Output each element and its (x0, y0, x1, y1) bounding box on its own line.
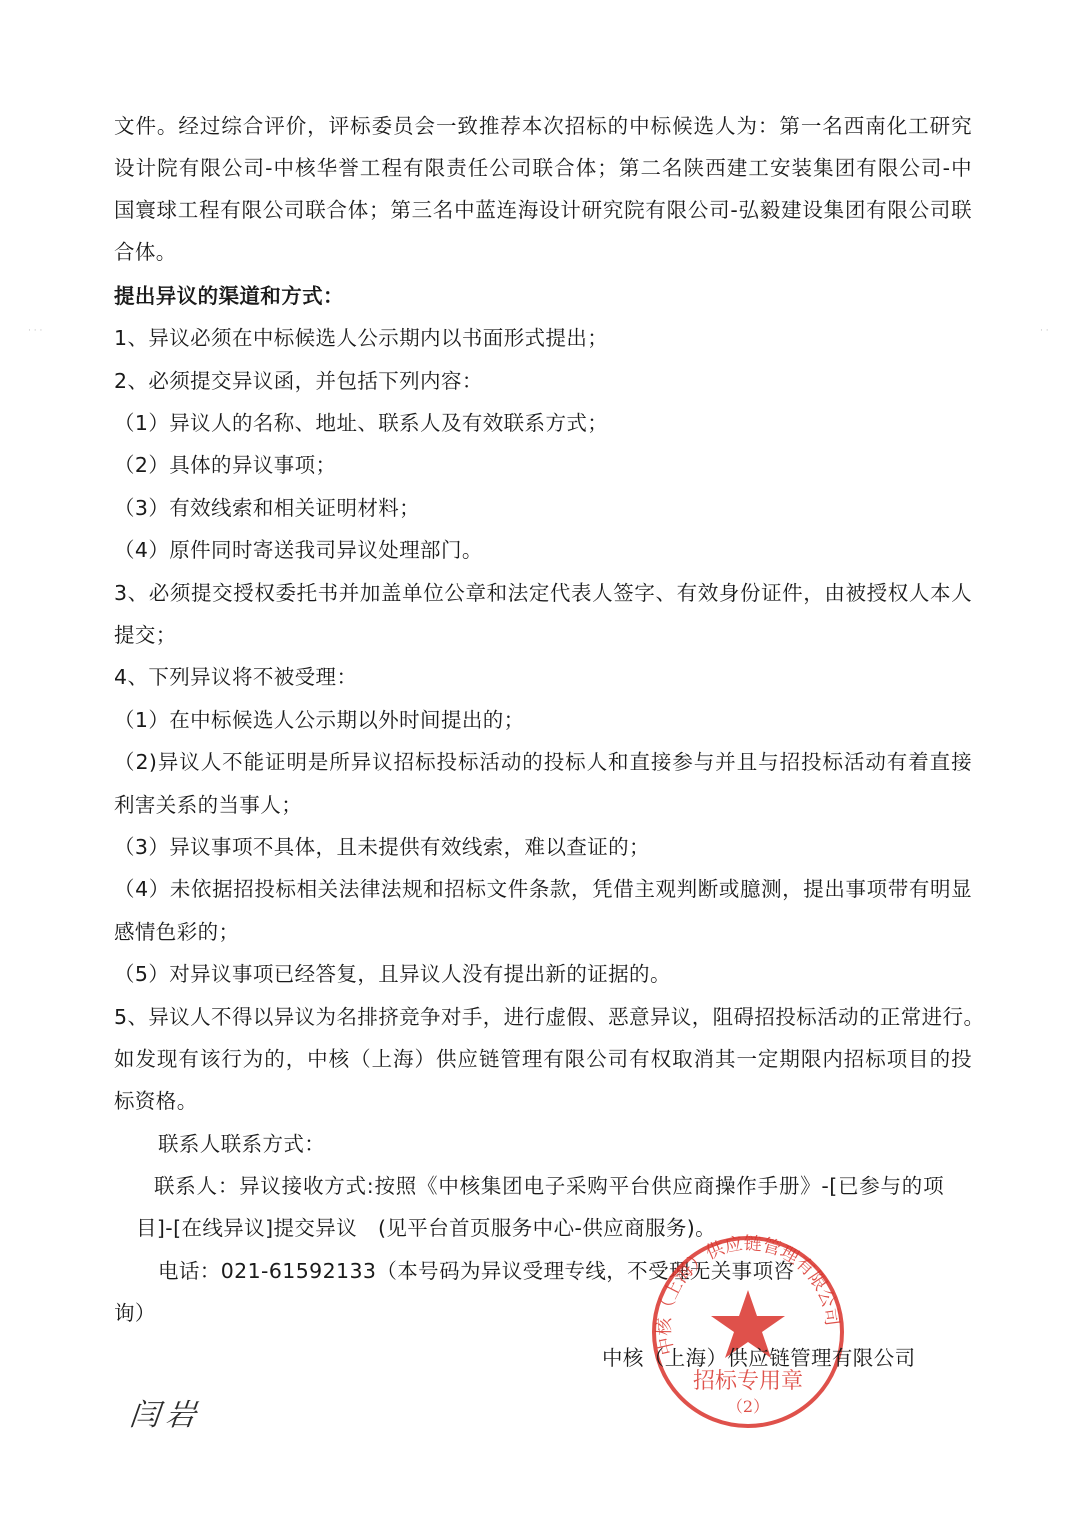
rule-subitem: （5）对异议事项已经答复，且异议人没有提出新的证据的。 (114, 962, 671, 986)
rule-item: 1、异议必须在中标候选人公示期内以书面形式提出； (114, 326, 608, 350)
document-page: 文件。经过综合评价，评标委员会一致推荐本次招标的中标候选人为：第一名西南化工研究… (0, 0, 1080, 1528)
rule-subitem: （1）在中标候选人公示期以外时间提出的； (114, 708, 525, 732)
handwritten-signature: 闫岩 (128, 1390, 205, 1434)
scan-artifact: · · (1040, 326, 1049, 336)
rule-item: 2、必须提交异议函，并包括下列内容： (114, 369, 483, 393)
stamp-center-text: 招标专用章 (693, 1369, 803, 1394)
contact-line: 目]-[在线异议]提交异议 (见平台首页服务中心-供应商服务)。 (136, 1216, 716, 1240)
intro-line: 设计院有限公司-中核华誉工程有限责任公司联合体；第二名陕西建工安装集团有限公司-… (114, 156, 972, 180)
rule-subitem: （1）异议人的名称、地址、联系人及有效联系方式； (114, 411, 608, 435)
rule-item: 4、下列异议将不被受理： (114, 665, 357, 689)
rule-item-cont: 如发现有该行为的，中核（上海）供应链管理有限公司有权取消其一定期限内招标项目的投 (114, 1047, 972, 1071)
contact-line: 联系人：异议接收方式:按照《中核集团电子采购平台供应商操作手册》-[已参与的项 (154, 1174, 944, 1198)
intro-line: 国寰球工程有限公司联合体；第三名中蓝连海设计研究院有限公司-弘毅建设集团有限公司… (114, 198, 972, 222)
section-heading: 提出异议的渠道和方式： (114, 284, 344, 308)
intro-line: 文件。经过综合评价，评标委员会一致推荐本次招标的中标候选人为：第一名西南化工研究 (114, 114, 972, 138)
contact-heading: 联系人联系方式： (158, 1132, 325, 1156)
rule-subitem-cont: 利害关系的当事人； (114, 793, 302, 817)
scan-artifact: · · · (28, 326, 42, 336)
rule-subitem: （3）有效线索和相关证明材料； (114, 496, 420, 520)
rule-subitem: （3）异议事项不具体，且未提供有效线索，难以查证的； (114, 835, 650, 859)
rule-item-cont: 标资格。 (114, 1089, 198, 1113)
intro-line: 合体。 (114, 240, 177, 264)
stamp-number: （2） (727, 1397, 769, 1416)
phone-line-cont: 询） (114, 1301, 156, 1325)
company-signature: 中核（上海）供应链管理有限公司 (602, 1346, 916, 1370)
rule-item-cont: 提交； (114, 623, 177, 647)
rule-subitem: （4）未依据招投标相关法律法规和招标文件条款，凭借主观判断或臆测，提出事项带有明… (114, 877, 972, 901)
rule-item: 3、必须提交授权委托书并加盖单位公章和法定代表人签字、有效身份证件，由被授权人本… (114, 581, 972, 605)
rule-subitem: （4）原件同时寄送我司异议处理部门。 (114, 538, 483, 562)
rule-subitem-cont: 感情色彩的； (114, 920, 239, 944)
rule-item: 5、异议人不得以异议为名排挤竞争对手，进行虚假、恶意异议，阻碍招投标活动的正常进… (114, 1005, 972, 1029)
company-seal-stamp: 中核（上海）供应链管理有限公司 招标专用章 （2） (648, 1232, 848, 1432)
rule-subitem: （2)异议人不能证明是所异议招标投标活动的投标人和直接参与并且与招投标活动有着直… (114, 750, 972, 774)
rule-subitem: （2）具体的异议事项； (114, 453, 336, 477)
